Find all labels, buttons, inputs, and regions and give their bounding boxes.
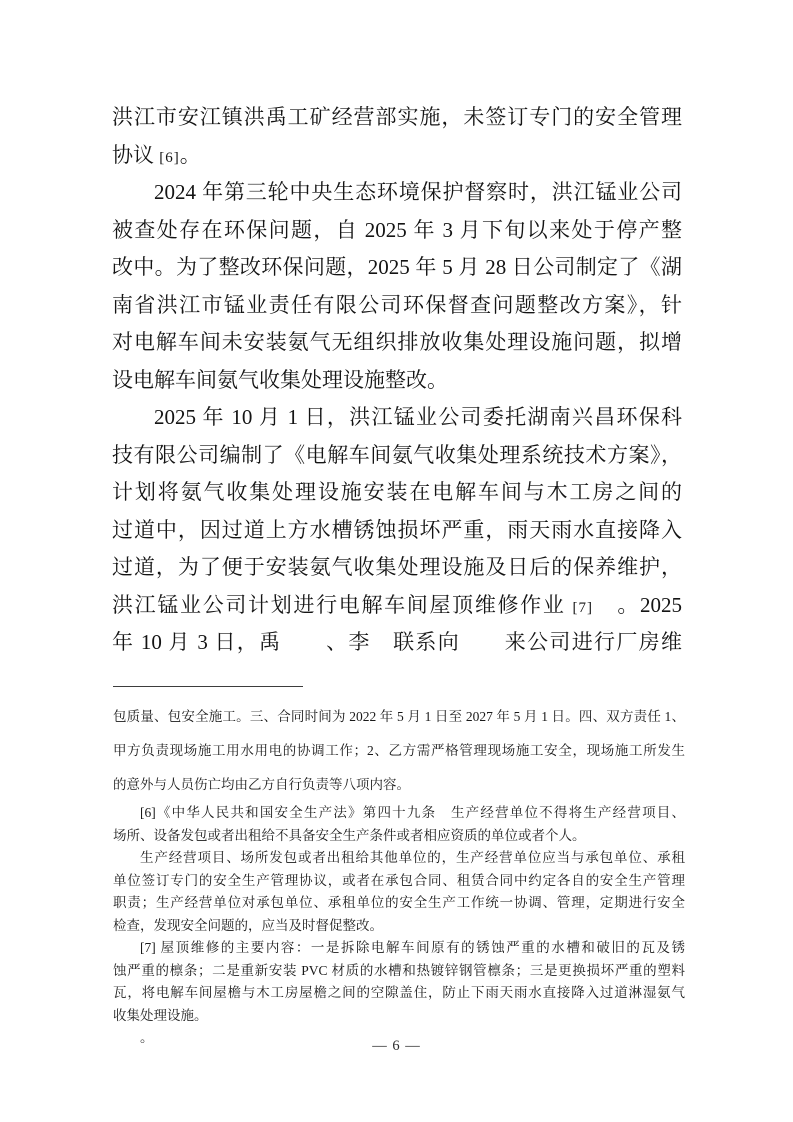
text-line: 协议 [6]。 [112, 137, 682, 175]
text-line: 瓦，将电解车间屋檐与木工房屋檐之间的空隙盖住，防止下雨天雨水直接降入过道淋湿氨气 [113, 982, 685, 1005]
text-line: 生产经营项目、场所发包或者出租给其他单位的，生产经营单位应当与承包单位、承租 [113, 847, 685, 870]
text-line: 单位签订专门的安全生产管理协议，或者在承包合同、租赁合同中约定各自的安全生产管理 [113, 870, 685, 893]
text-line: 改中。为了整改环保问题，2025 年 5 月 28 日公司制定了《湖 [112, 249, 682, 287]
text-line: 被查处存在环保问题，自 2025 年 3 月下旬以来处于停产整 [112, 212, 682, 250]
text-line: 甲方负责现场施工用水用电的协调工作；2、乙方需严格管理现场施工安全，现场施工所发… [113, 734, 685, 768]
main-text-body: 洪江市安江镇洪禹工矿经营部实施，未签订专门的安全管理协议 [6]。2024 年第… [112, 99, 682, 662]
text-line: 2025 年 10 月 1 日，洪江锰业公司委托湖南兴昌环保科 [112, 399, 682, 437]
document-page: 洪江市安江镇洪禹工矿经营部实施，未签订专门的安全管理协议 [6]。2024 年第… [0, 0, 793, 1122]
page-number: — 6 — [0, 1038, 793, 1055]
footnote-6-paragraph-1: [6]《中华人民共和国安全生产法》第四十九条 生产经营单位不得将生产经营项目、场… [113, 802, 685, 847]
footnote-ref: [7] [572, 600, 593, 616]
text-line: 南省洪江市锰业责任有限公司环保督查问题整改方案》，针 [112, 287, 682, 325]
paragraph-safety-agreement-continuation: 洪江市安江镇洪禹工矿经营部实施，未签订专门的安全管理协议 [6]。 [112, 99, 682, 174]
footnote-6-paragraph-2: 生产经营项目、场所发包或者出租给其他单位的，生产经营单位应当与承包单位、承租单位… [113, 847, 685, 937]
text-line: 技有限公司编制了《电解车间氨气收集处理系统技术方案》， [112, 437, 682, 475]
text-line: 洪江市安江镇洪禹工矿经营部实施，未签订专门的安全管理 [112, 99, 682, 137]
text-line: 检查，发现安全问题的，应当及时督促整改。 [113, 915, 685, 938]
text-line: 计划将氨气收集处理设施安装在电解车间与木工房之间的 [112, 474, 682, 512]
footnote-7-roof-repair: [7] 屋顶维修的主要内容：一是拆除电解车间原有的锈蚀严重的水槽和破旧的瓦及锈蚀… [113, 937, 685, 1027]
text-line: 场所、设备发包或者出租给不具备安全生产条件或者相应资质的单位或者个人。 [113, 825, 685, 848]
text-line: 收集处理设施。 [113, 1005, 685, 1028]
text-line: 洪江锰业公司计划进行电解车间屋顶维修作业 [7] 。2025 [112, 587, 682, 625]
text-line: [6]《中华人民共和国安全生产法》第四十九条 生产经营单位不得将生产经营项目、 [113, 802, 685, 825]
text-line: 职责；生产经营单位对承包单位、承租单位的安全生产工作统一协调、管理，定期进行安全 [113, 892, 685, 915]
text-line: 对电解车间未安装氨气无组织排放收集处理设施问题，拟增 [112, 324, 682, 362]
footnote-separator-line [113, 686, 303, 687]
footnotes-section: 包质量、包安全施工。三、合同时间为 2022 年 5 月 1 日至 2027 年… [113, 700, 685, 1050]
text-line: 2024 年第三轮中央生态环境保护督察时，洪江锰业公司 [112, 174, 682, 212]
text-line: [7] 屋顶维修的主要内容：一是拆除电解车间原有的锈蚀严重的水槽和破旧的瓦及锈 [113, 937, 685, 960]
text-line: 蚀严重的檩条；二是重新安装 PVC 材质的水槽和热镀锌钢管檩条；三是更换损坏严重… [113, 960, 685, 983]
footnote-ref: [6] [159, 150, 180, 166]
text-line: 年 10 月 3 日，禹 、李 联系向 来公司进行厂房维 [112, 624, 682, 662]
paragraph-2024-environmental-inspection: 2024 年第三轮中央生态环境保护督察时，洪江锰业公司被查处存在环保问题，自 2… [112, 174, 682, 399]
text-line: 包质量、包安全施工。三、合同时间为 2022 年 5 月 1 日至 2027 年… [113, 700, 685, 734]
text-line: 过道中，因过道上方水槽锈蚀损坏严重，雨天雨水直接降入 [112, 512, 682, 550]
text-line: 过道，为了便于安装氨气收集处理设施及日后的保养维护， [112, 549, 682, 587]
text-line: 的意外与人员伤亡均由乙方自行负责等八项内容。 [113, 768, 685, 802]
text-line: 设电解车间氨气收集处理设施整改。 [112, 362, 682, 400]
footnote-5-continuation: 包质量、包安全施工。三、合同时间为 2022 年 5 月 1 日至 2027 年… [113, 700, 685, 802]
paragraph-2025-roof-repair-plan: 2025 年 10 月 1 日，洪江锰业公司委托湖南兴昌环保科技有限公司编制了《… [112, 399, 682, 662]
